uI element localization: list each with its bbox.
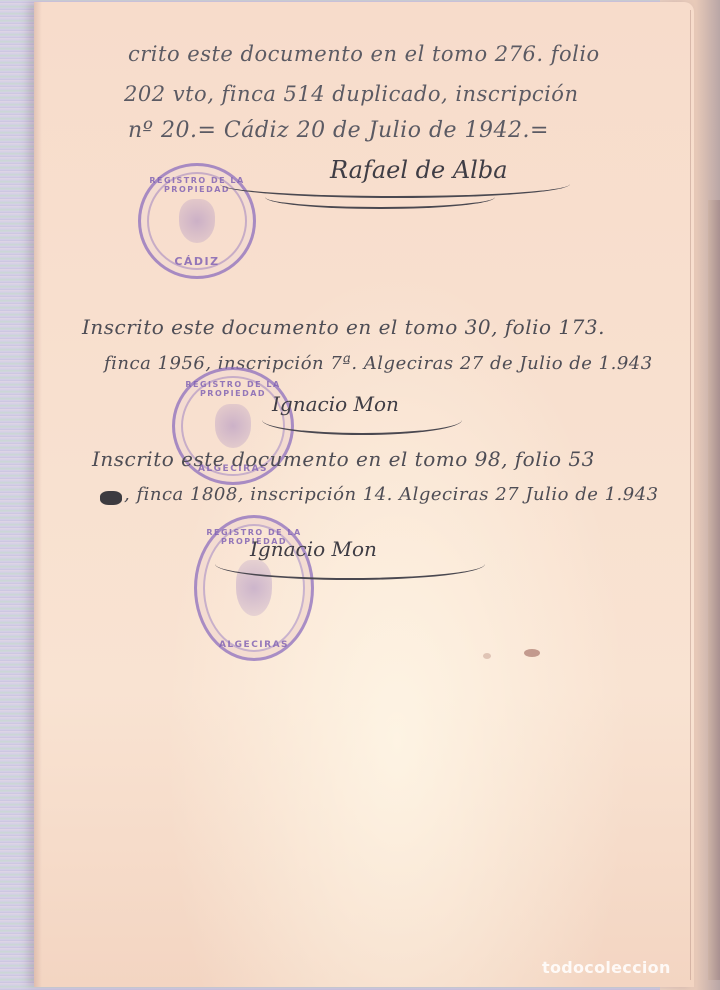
signature-flourish — [215, 548, 485, 580]
entry-2-line-1: Inscrito este documento en el tomo 30, f… — [82, 315, 605, 339]
entry-3-line-2: , finca 1808, inscripción 14. Algeciras … — [124, 484, 659, 505]
ink-blot — [100, 491, 122, 505]
signature-flourish — [262, 405, 462, 435]
page-shadow-edge — [34, 2, 42, 987]
entry-3-line-1: Inscrito este documento en el tomo 98, f… — [92, 447, 595, 471]
watermark-todocoleccion: todocoleccion — [542, 958, 671, 977]
signature-flourish — [265, 185, 495, 209]
entry-1-line-1: crito este documento en el tomo 276. fol… — [128, 42, 600, 66]
coat-of-arms-icon — [179, 199, 215, 243]
stamp-bottom-text: CÁDIZ — [141, 255, 253, 268]
paper-stain — [524, 649, 540, 657]
entry-1-line-3: nº 20.= Cádiz 20 de Julio de 1942.= — [128, 118, 549, 143]
scanner-background — [0, 0, 36, 990]
coat-of-arms-icon — [215, 404, 251, 448]
paper-stain — [483, 653, 491, 659]
stamp-bottom-text: ALGECIRAS — [197, 640, 311, 650]
page-fold-line — [690, 10, 691, 980]
back-sheet-edge — [708, 200, 720, 980]
entry-1-line-2: 202 vto, finca 514 duplicado, inscripció… — [124, 82, 578, 106]
entry-2-line-2: finca 1956, inscripción 7ª. Algeciras 27… — [104, 353, 653, 374]
